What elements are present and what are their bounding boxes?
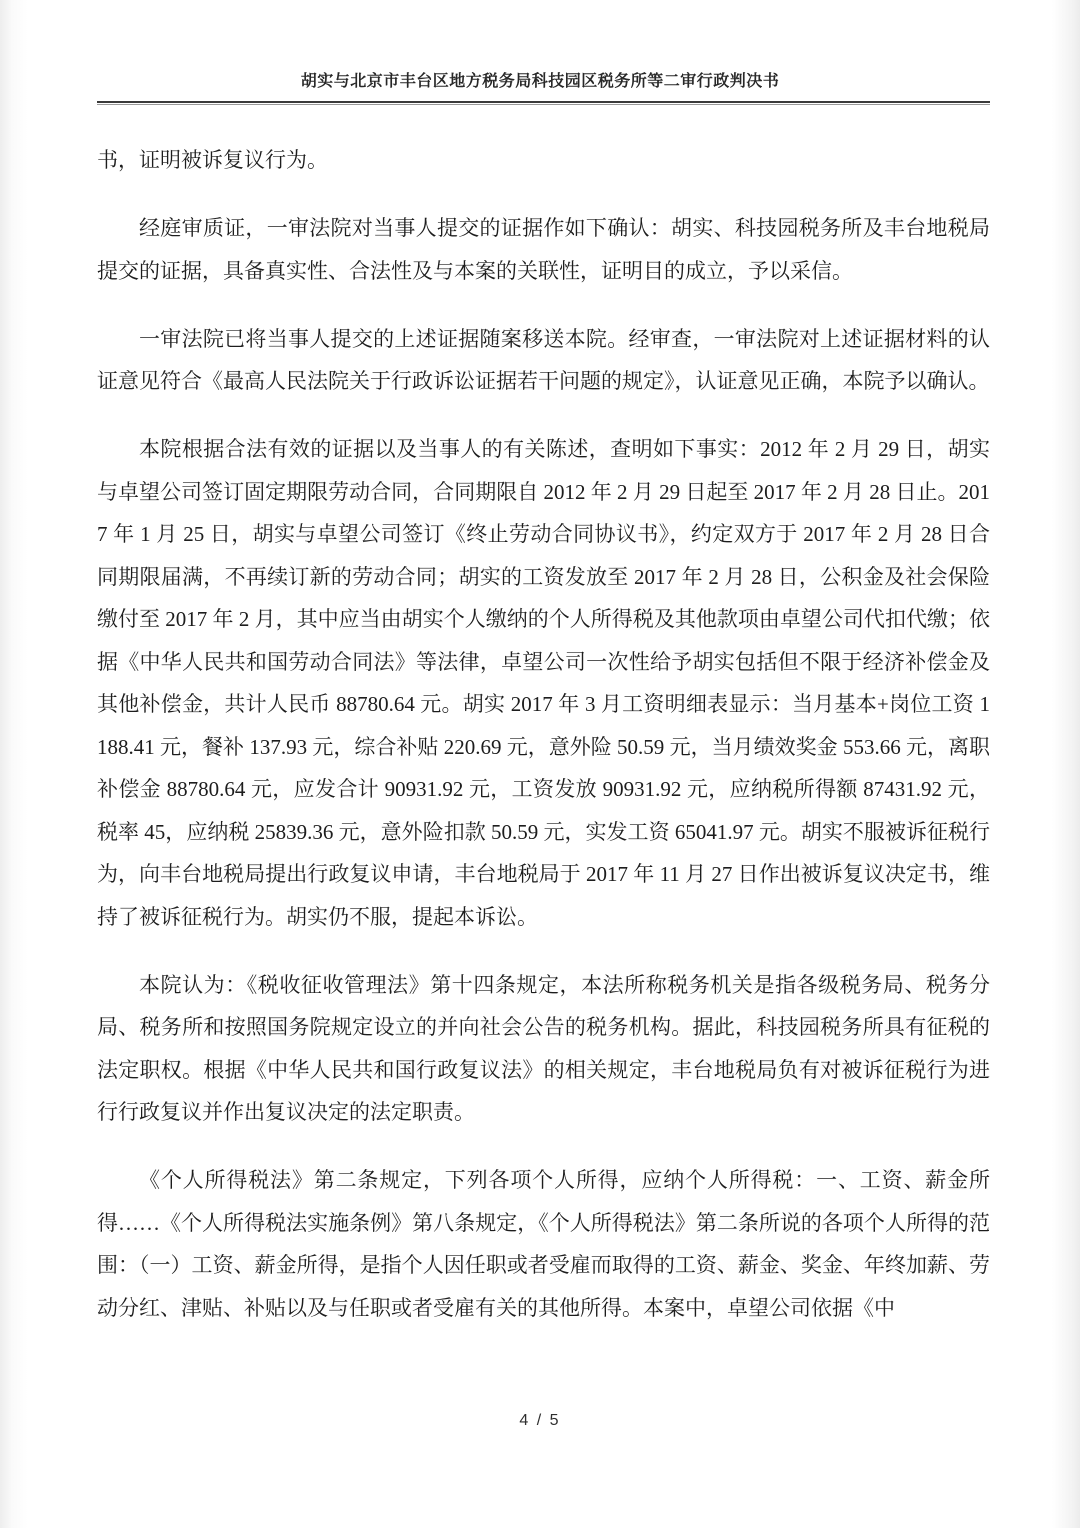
document-body: 书，证明被诉复议行为。经庭审质证，一审法院对当事人提交的证据作如下确认：胡实、科… bbox=[97, 139, 990, 1329]
paragraph: 一审法院已将当事人提交的上述证据随案移送本院。经审查，一审法院对上述证据材料的认… bbox=[97, 318, 990, 403]
paragraph: 本院根据合法有效的证据以及当事人的有关陈述，查明如下事实：2012 年 2 月 … bbox=[97, 428, 990, 938]
document-title: 胡实与北京市丰台区地方税务局科技园区税务所等二审行政判决书 bbox=[0, 72, 1080, 92]
header-divider-thick-line bbox=[97, 101, 990, 103]
page-number: 4 / 5 bbox=[519, 1412, 560, 1429]
page-header: 胡实与北京市丰台区地方税务局科技园区税务所等二审行政判决书 bbox=[0, 0, 1080, 105]
header-divider-thin-line bbox=[97, 104, 990, 105]
paragraph: 《个人所得税法》第二条规定，下列各项个人所得，应纳个人所得税：一、工资、薪金所得… bbox=[97, 1159, 990, 1329]
header-divider bbox=[97, 101, 990, 105]
paragraph: 本院认为：《税收征收管理法》第十四条规定，本法所称税务机关是指各级税务局、税务分… bbox=[97, 964, 990, 1134]
paragraph: 书，证明被诉复议行为。 bbox=[97, 139, 990, 182]
paragraph: 经庭审质证，一审法院对当事人提交的证据作如下确认：胡实、科技园税务所及丰台地税局… bbox=[97, 207, 990, 292]
page-footer: 4 / 5 bbox=[0, 1412, 1080, 1430]
document-page: 胡实与北京市丰台区地方税务局科技园区税务所等二审行政判决书 书，证明被诉复议行为… bbox=[0, 0, 1080, 1528]
